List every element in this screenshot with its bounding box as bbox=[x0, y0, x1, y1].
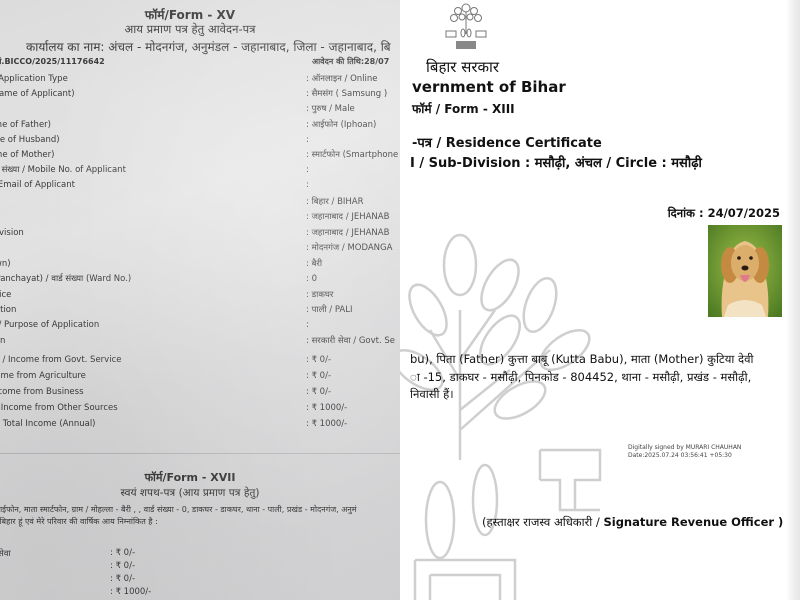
field-value: : बिहार / BIHAR bbox=[306, 195, 364, 209]
form-field-row: पेशा / Occupation: सरकारी सेवा / Govt. S… bbox=[0, 334, 400, 348]
field-label: आवेदक का नाम (Name of Applicant) bbox=[0, 87, 75, 101]
form-field-row: लिंग / Gender: पुरुष / Male bbox=[0, 102, 400, 116]
amount-value: : ₹ 0/- bbox=[110, 574, 135, 584]
field-label: पेशा / Occupation bbox=[0, 334, 5, 348]
field-value: : ₹ 0/- bbox=[306, 385, 331, 399]
field-label: पिता का नाम (Name of Father) bbox=[0, 118, 51, 132]
field-label: सरकारी सेवा से आय / Income from Govt. Se… bbox=[0, 353, 121, 367]
form-field-row: थाना / Police Station: पाली / PALI bbox=[0, 303, 400, 317]
amount-value: : ₹ 0/- bbox=[110, 561, 135, 571]
field-value: : bbox=[306, 163, 309, 177]
certificate-body-line-1: bu), पिता (Father) कुत्ता बाबू (Kutta Ba… bbox=[410, 352, 754, 367]
form-field-row: आवेदन का प्रयोजन / Purpose of Applicatio… bbox=[0, 318, 400, 332]
field-value: : ऑनलाइन / Online bbox=[306, 72, 378, 86]
field-label: आवेदक का ईमेल / Email of Applicant bbox=[0, 178, 75, 192]
field-value: : पाली / PALI bbox=[306, 303, 352, 317]
field-value: : सरकारी सेवा / Govt. Se bbox=[306, 334, 395, 348]
field-value: : bbox=[306, 318, 309, 332]
form-field-row: कुल आय (वार्षिक) / Total Income (Annual)… bbox=[0, 417, 400, 431]
certificate-body-line-3: निवासी हैं। bbox=[410, 387, 454, 402]
form-field-row: पंचायत (Village Panchayat) / वार्ड संख्य… bbox=[0, 272, 400, 286]
bihar-emblem-icon bbox=[440, 0, 492, 52]
form-field-row: जिला / District: जहानाबाद / JEHANAB bbox=[0, 210, 400, 224]
form-field-row: अनुमंडल / Sub-Division: जहानाबाद / JEHAN… bbox=[0, 226, 400, 240]
digital-signature-date: Date:2025.07.24 03:56:41 +05:30 bbox=[628, 452, 732, 459]
application-form-photo: फॉर्म/Form - XV आय प्रमाण पत्र हेतु आवेद… bbox=[0, 0, 400, 600]
field-label: कुल आय (वार्षिक) / Total Income (Annual) bbox=[0, 417, 96, 431]
field-value: : 0 bbox=[306, 272, 317, 286]
field-value: : ₹ 0/- bbox=[306, 353, 331, 367]
amount-label: सेवा bbox=[0, 548, 11, 559]
form-field-row: ग्राम / मोहल्ला (Town): बैरी bbox=[0, 257, 400, 271]
form-field-row: पिता का नाम (Name of Father): आईफोन (Iph… bbox=[0, 118, 400, 132]
field-label: आवेदन का प्रकार / Application Type bbox=[0, 72, 68, 86]
signature-revenue-officer: (हस्ताक्षर राजस्व अधिकारी / Signature Re… bbox=[482, 515, 783, 530]
field-label: थाना / Police Station bbox=[0, 303, 16, 317]
form-field-row: आवेदक का नाम (Name of Applicant): सैमसंग… bbox=[0, 87, 400, 101]
form-number: फॉर्म / Form - XIII bbox=[412, 100, 515, 117]
issue-date: दिनांक : 24/07/2025 bbox=[668, 206, 780, 221]
form-field-row: डाकघर / Post Office: डाकघर bbox=[0, 288, 400, 302]
form-field-row: आवेदक का ईमेल / Email of Applicant: bbox=[0, 178, 400, 192]
applicant-dog-photo bbox=[708, 225, 782, 317]
bihar-emblem-watermark-icon bbox=[400, 230, 620, 600]
field-value: : सैमसंग ( Samsung ) bbox=[306, 87, 387, 101]
field-value: : पुरुष / Male bbox=[306, 102, 355, 116]
field-value: : जहानाबाद / JEHANAB bbox=[306, 226, 389, 240]
certificate-title: -पत्र / Residence Certificate bbox=[412, 133, 602, 151]
amount-value: : ₹ 0/- bbox=[110, 548, 135, 558]
form-field-row: सरकारी सेवा से आय / Income from Govt. Se… bbox=[0, 353, 400, 367]
affidavit-line-1: आईफोन, माता स्मार्टफोन, ग्राम / मोहल्ला … bbox=[0, 504, 357, 515]
form-xvii-title: फॉर्म/Form - XVII bbox=[0, 470, 400, 485]
field-label: ग्राम / मोहल्ला (Town) bbox=[0, 257, 11, 271]
form-field-row: कृषि से आय / Income from Agriculture: ₹ … bbox=[0, 369, 400, 383]
office-name-line: कार्यालय का नाम: अंचल - मोदनगंज, अनुमंडल… bbox=[26, 38, 391, 55]
form-field-row: राज्य / State: बिहार / BIHAR bbox=[0, 195, 400, 209]
section-divider bbox=[0, 453, 400, 454]
officer-label-english: Signature Revenue Officer ) bbox=[603, 515, 783, 529]
field-label: व्यापार से आय / Income from Business bbox=[0, 385, 84, 399]
field-value: : स्मार्टफोन (Smartphone bbox=[306, 148, 398, 162]
form-field-row: आवेदक का मोबाइल संख्या / Mobile No. of A… bbox=[0, 163, 400, 177]
field-value: : मोदनगंज / MODANGA bbox=[306, 241, 392, 255]
field-label: अन्य स्रोतों से आय / Income from Other S… bbox=[0, 401, 118, 415]
field-label: डाकघर / Post Office bbox=[0, 288, 11, 302]
field-label: अनुमंडल / Sub-Division bbox=[0, 226, 24, 240]
certificate-body-line-2: ा -15, डाकघर - मसौढ़ी, पिनकोड - 804452, … bbox=[410, 370, 751, 385]
field-value: : बैरी bbox=[306, 257, 322, 271]
field-value: : डाकघर bbox=[306, 288, 333, 302]
officer-label-hindi: (हस्ताक्षर राजस्व अधिकारी / bbox=[482, 515, 603, 529]
field-label: माता का नाम (Name of Mother) bbox=[0, 148, 54, 162]
field-value: : bbox=[306, 133, 309, 147]
field-value: : ₹ 1000/- bbox=[306, 417, 347, 431]
form-field-row: अन्य स्रोतों से आय / Income from Other S… bbox=[0, 401, 400, 415]
form-xv-subtitle: आय प्रमाण पत्र हेतु आवेदन-पत्र bbox=[0, 22, 400, 37]
amount-value: : ₹ 1000/- bbox=[110, 587, 151, 597]
form-field-row: आवेदन का प्रकार / Application Type: ऑनला… bbox=[0, 72, 400, 86]
government-name-english: vernment of Bihar bbox=[412, 78, 566, 96]
affidavit-line-2: - बिहार हूं एवं मेरे परिवार की वार्षिक आ… bbox=[0, 516, 158, 527]
form-xv-title: फॉर्म/Form - XV bbox=[0, 6, 400, 23]
government-name-hindi: बिहार सरकार bbox=[426, 57, 499, 77]
form-field-row: व्यापार से आय / Income from Business: ₹ … bbox=[0, 385, 400, 399]
field-value: : bbox=[306, 178, 309, 192]
application-date: आवेदन की तिथि:28/07 bbox=[312, 56, 389, 67]
form-field-row: माता का नाम (Name of Mother): स्मार्टफोन… bbox=[0, 148, 400, 162]
field-value: : ₹ 0/- bbox=[306, 369, 331, 383]
form-field-row: पति का नाम (Name of Husband): bbox=[0, 133, 400, 147]
field-label: पंचायत (Village Panchayat) / वार्ड संख्य… bbox=[0, 272, 131, 286]
field-label: आवेदन का प्रयोजन / Purpose of Applicatio… bbox=[0, 318, 99, 332]
field-label: पति का नाम (Name of Husband) bbox=[0, 133, 60, 147]
field-label: आवेदक का मोबाइल संख्या / Mobile No. of A… bbox=[0, 163, 126, 177]
subdivision-circle: I / Sub-Division : मसौढ़ी, अंचल / Circle… bbox=[410, 153, 702, 171]
form-field-row: प्रखंड / Block: मोदनगंज / MODANGA bbox=[0, 241, 400, 255]
form-xvii-subtitle: स्वयं शपथ-पत्र (आय प्रमाण पत्र हेतु) bbox=[0, 486, 400, 500]
field-label: कृषि से आय / Income from Agriculture bbox=[0, 369, 86, 383]
field-value: : ₹ 1000/- bbox=[306, 401, 347, 415]
application-number: सं.BICCO/2025/11176642 bbox=[0, 56, 105, 67]
digital-signature-name: Digitally signed by MURARI CHAUHAN bbox=[628, 444, 741, 451]
field-value: : आईफोन (Iphoan) bbox=[306, 118, 376, 132]
field-value: : जहानाबाद / JEHANAB bbox=[306, 210, 389, 224]
